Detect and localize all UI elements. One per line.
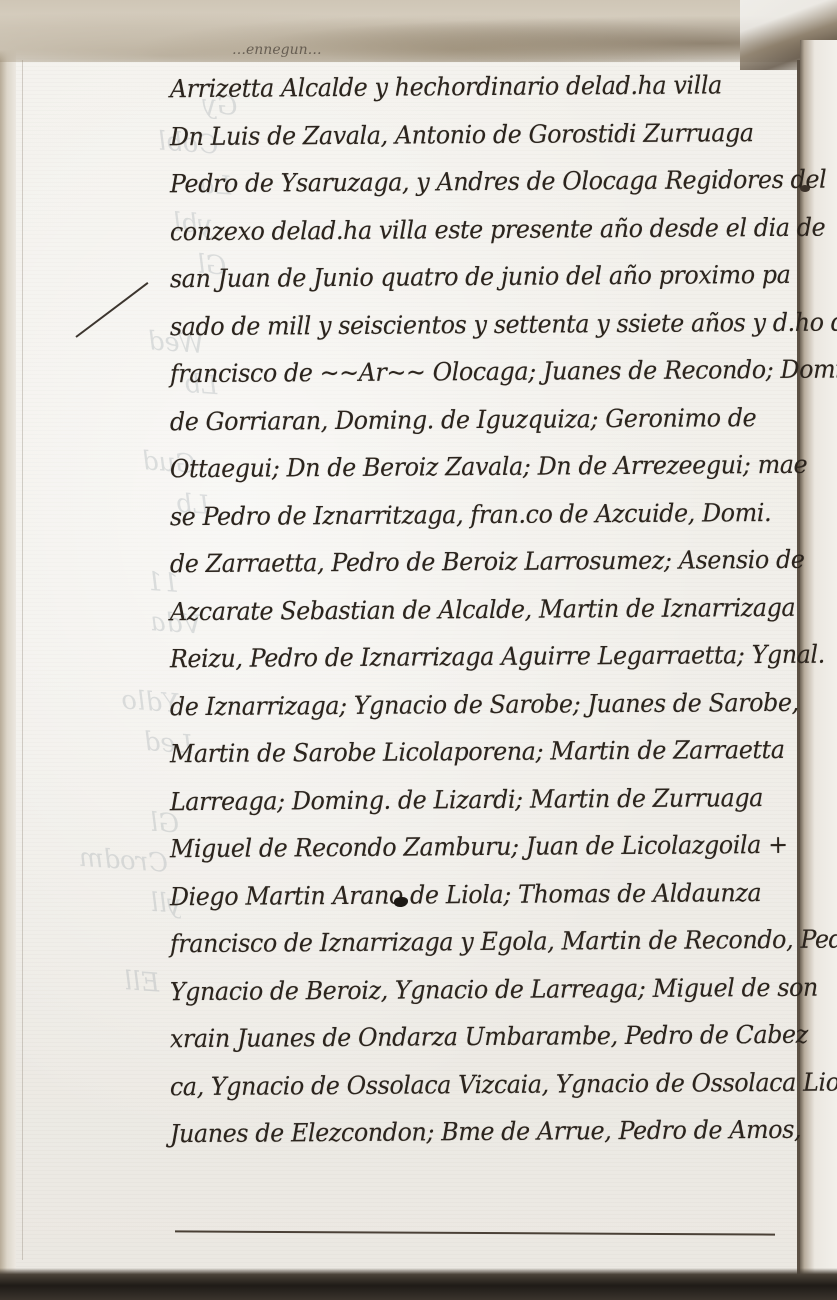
text-line: Pedro de Ysaruzaga, y Andres de Olocaga …	[170, 165, 800, 217]
binding-crease	[22, 60, 23, 1260]
text-line: de Iznarrizaga; Ygnacio de Sarobe; Juane…	[170, 687, 800, 739]
text-line: san Juan de Junio quatro de junio del añ…	[170, 260, 800, 312]
text-line: Dn Luis de Zavala, Antonio de Gorostidi …	[170, 117, 800, 169]
text-line: Diego Martin Arano de Liola; Thomas de A…	[170, 877, 800, 929]
text-line: Azcarate Sebastian de Alcalde, Martin de…	[170, 592, 800, 644]
handwritten-text-block: Arrizetta Alcalde y hechordinario delad.…	[170, 72, 800, 1165]
dark-bottom-edge	[0, 1268, 837, 1300]
text-line: de Gorriaran, Doming. de Iguzquiza; Gero…	[170, 402, 800, 454]
text-line: Miguel de Recondo Zamburu; Juan de Licol…	[170, 830, 800, 882]
text-line: Juanes de Elezcondon; Bme de Arrue, Pedr…	[170, 1115, 800, 1167]
header-scrawl: …ennegun…	[232, 42, 322, 58]
ink-blot-margin	[800, 185, 810, 192]
text-line: Arrizetta Alcalde y hechordinario delad.…	[170, 70, 800, 122]
text-line: Ygnacio de Beroiz, Ygnacio de Larreaga; …	[170, 972, 800, 1024]
text-line: se Pedro de Iznarritzaga, fran.co de Azc…	[170, 497, 800, 549]
text-line: de Zarraetta, Pedro de Beroiz Larrosumez…	[170, 545, 800, 597]
text-line: Ottaegui; Dn de Beroiz Zavala; Dn de Arr…	[170, 450, 800, 502]
text-line: Larreaga; Doming. de Lizardi; Martin de …	[170, 782, 800, 834]
text-line: Reizu, Pedro de Iznarrizaga Aguirre Lega…	[170, 640, 800, 692]
text-line: conzexo delad.ha villa este presente año…	[170, 212, 800, 264]
text-line: sado de mill y seiscientos y settenta y …	[170, 307, 800, 359]
damaged-top-edge	[0, 0, 837, 62]
text-line: francisco de Iznarrizaga y Egola, Martin…	[170, 925, 800, 977]
binding-edge	[0, 40, 16, 1280]
text-line: ca, Ygnacio de Ossolaca Vizcaia, Ygnacio…	[170, 1067, 800, 1119]
text-line: francisco de ~~Ar~~ Olocaga; Juanes de R…	[170, 355, 800, 407]
text-line: Martin de Sarobe Licolaporena; Martin de…	[170, 735, 800, 787]
text-line: xrain Juanes de Ondarza Umbarambe, Pedro…	[170, 1020, 800, 1072]
manuscript-scan: Gy Cobl La ybl Gl Wed Lb Gud Lb 11 Vda Y…	[0, 0, 837, 1300]
